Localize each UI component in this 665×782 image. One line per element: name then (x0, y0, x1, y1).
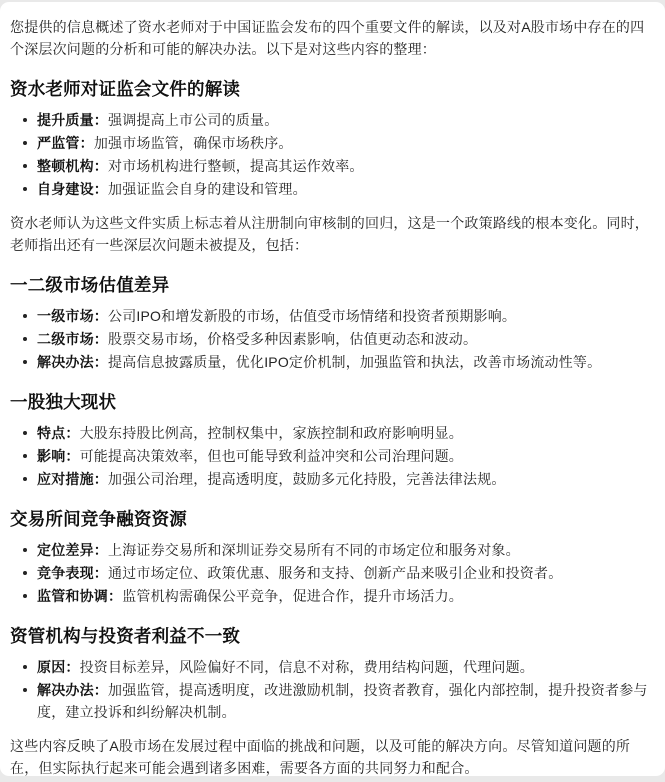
item-text: 股票交易市场，价格受多种因素影响，估值更动态和波动。 (108, 331, 477, 347)
list-item: 应对措施：加强公司治理，提高透明度，鼓励多元化持股，完善法律法规。 (10, 468, 655, 490)
item-label: 应对措施： (37, 471, 108, 487)
item-label: 严监管： (37, 135, 94, 151)
item-text: 上海证券交易所和深圳证券交易所有不同的市场定位和服务对象。 (108, 542, 520, 558)
list-item: 影响：可能提高决策效率，但也可能导致利益冲突和公司治理问题。 (10, 445, 655, 467)
interlude-paragraph: 资水老师认为这些文件实质上标志着从注册制向审核制的回归，这是一个政策路线的根本变… (10, 212, 655, 256)
item-label: 监管和协调： (37, 588, 122, 604)
list-item: 监管和协调：监管机构需确保公平竞争，促进合作，提升市场活力。 (10, 585, 655, 607)
list-item: 严监管：加强市场监管，确保市场秩序。 (10, 132, 655, 154)
item-text: 监管机构需确保公平竞争，促进合作，提升市场活力。 (122, 588, 463, 604)
item-label: 竞争表现： (37, 565, 108, 581)
bullet-list-asset-manager-conflict: 原因：投资目标差异，风险偏好不同，信息不对称，费用结构问题，代理问题。 解决办法… (10, 656, 655, 723)
item-text: 加强市场监管，确保市场秩序。 (94, 135, 293, 151)
item-text: 加强监管，提高透明度，改进激励机制，投资者教育，强化内部控制，提升投资者参与度，… (37, 682, 648, 720)
item-label: 特点： (37, 425, 80, 441)
item-label: 解决办法： (37, 682, 108, 698)
bullet-list-csrc-interpretation: 提升质量：强调提高上市公司的质量。 严监管：加强市场监管，确保市场秩序。 整顿机… (10, 109, 655, 200)
list-item: 原因：投资目标差异，风险偏好不同，信息不对称，费用结构问题，代理问题。 (10, 656, 655, 678)
section-heading-csrc-interpretation: 资水老师对证监会文件的解读 (10, 78, 655, 101)
outro-paragraph: 这些内容反映了A股市场在发展过程中面临的挑战和问题，以及可能的解决方向。尽管知道… (10, 735, 655, 776)
list-item: 提升质量：强调提高上市公司的质量。 (10, 109, 655, 131)
list-item: 一级市场：公司IPO和增发新股的市场，估值受市场情绪和投资者预期影响。 (10, 305, 655, 327)
list-item: 二级市场：股票交易市场，价格受多种因素影响，估值更动态和波动。 (10, 328, 655, 350)
section-heading-asset-manager-conflict: 资管机构与投资者利益不一致 (10, 625, 655, 648)
assistant-message-card: 您提供的信息概述了资水老师对于中国证监会发布的四个重要文件的解读，以及对A股市场… (0, 2, 665, 776)
item-text: 大股东持股比例高，控制权集中，家族控制和政府影响明显。 (80, 425, 463, 441)
item-label: 自身建设： (37, 181, 108, 197)
item-text: 加强公司治理，提高透明度，鼓励多元化持股，完善法律法规。 (108, 471, 506, 487)
item-label: 一级市场： (37, 308, 108, 324)
item-label: 整顿机构： (37, 158, 108, 174)
item-label: 提升质量： (37, 112, 108, 128)
section-heading-exchange-competition: 交易所间竞争融资资源 (10, 508, 655, 531)
list-item: 解决办法：加强监管，提高透明度，改进激励机制，投资者教育，强化内部控制，提升投资… (10, 679, 655, 723)
item-label: 二级市场： (37, 331, 108, 347)
bullet-list-exchange-competition: 定位差异：上海证券交易所和深圳证券交易所有不同的市场定位和服务对象。 竞争表现：… (10, 539, 655, 607)
list-item: 竞争表现：通过市场定位、政策优惠、服务和支持、创新产品来吸引企业和投资者。 (10, 562, 655, 584)
item-label: 影响： (37, 448, 80, 464)
item-text: 公司IPO和增发新股的市场，估值受市场情绪和投资者预期影响。 (108, 308, 516, 324)
item-text: 对市场机构进行整顿，提高其运作效率。 (108, 158, 364, 174)
bullet-list-dominant-shareholder: 特点：大股东持股比例高，控制权集中，家族控制和政府影响明显。 影响：可能提高决策… (10, 422, 655, 490)
item-text: 通过市场定位、政策优惠、服务和支持、创新产品来吸引企业和投资者。 (108, 565, 562, 581)
section-heading-valuation-gap: 一二级市场估值差异 (10, 274, 655, 297)
list-item: 特点：大股东持股比例高，控制权集中，家族控制和政府影响明显。 (10, 422, 655, 444)
intro-paragraph: 您提供的信息概述了资水老师对于中国证监会发布的四个重要文件的解读，以及对A股市场… (10, 16, 655, 60)
bullet-list-valuation-gap: 一级市场：公司IPO和增发新股的市场，估值受市场情绪和投资者预期影响。 二级市场… (10, 305, 655, 373)
item-label: 原因： (37, 659, 80, 675)
item-label: 定位差异： (37, 542, 108, 558)
item-text: 投资目标差异，风险偏好不同，信息不对称，费用结构问题，代理问题。 (80, 659, 534, 675)
list-item: 自身建设：加强证监会自身的建设和管理。 (10, 178, 655, 200)
item-text: 提高信息披露质量，优化IPO定价机制，加强监管和执法，改善市场流动性等。 (108, 354, 601, 370)
item-label: 解决办法： (37, 354, 108, 370)
list-item: 定位差异：上海证券交易所和深圳证券交易所有不同的市场定位和服务对象。 (10, 539, 655, 561)
list-item: 解决办法：提高信息披露质量，优化IPO定价机制，加强监管和执法，改善市场流动性等… (10, 351, 655, 373)
item-text: 可能提高决策效率，但也可能导致利益冲突和公司治理问题。 (80, 448, 463, 464)
list-item: 整顿机构：对市场机构进行整顿，提高其运作效率。 (10, 155, 655, 177)
section-heading-dominant-shareholder: 一股独大现状 (10, 391, 655, 414)
item-text: 强调提高上市公司的质量。 (108, 112, 278, 128)
item-text: 加强证监会自身的建设和管理。 (108, 181, 307, 197)
